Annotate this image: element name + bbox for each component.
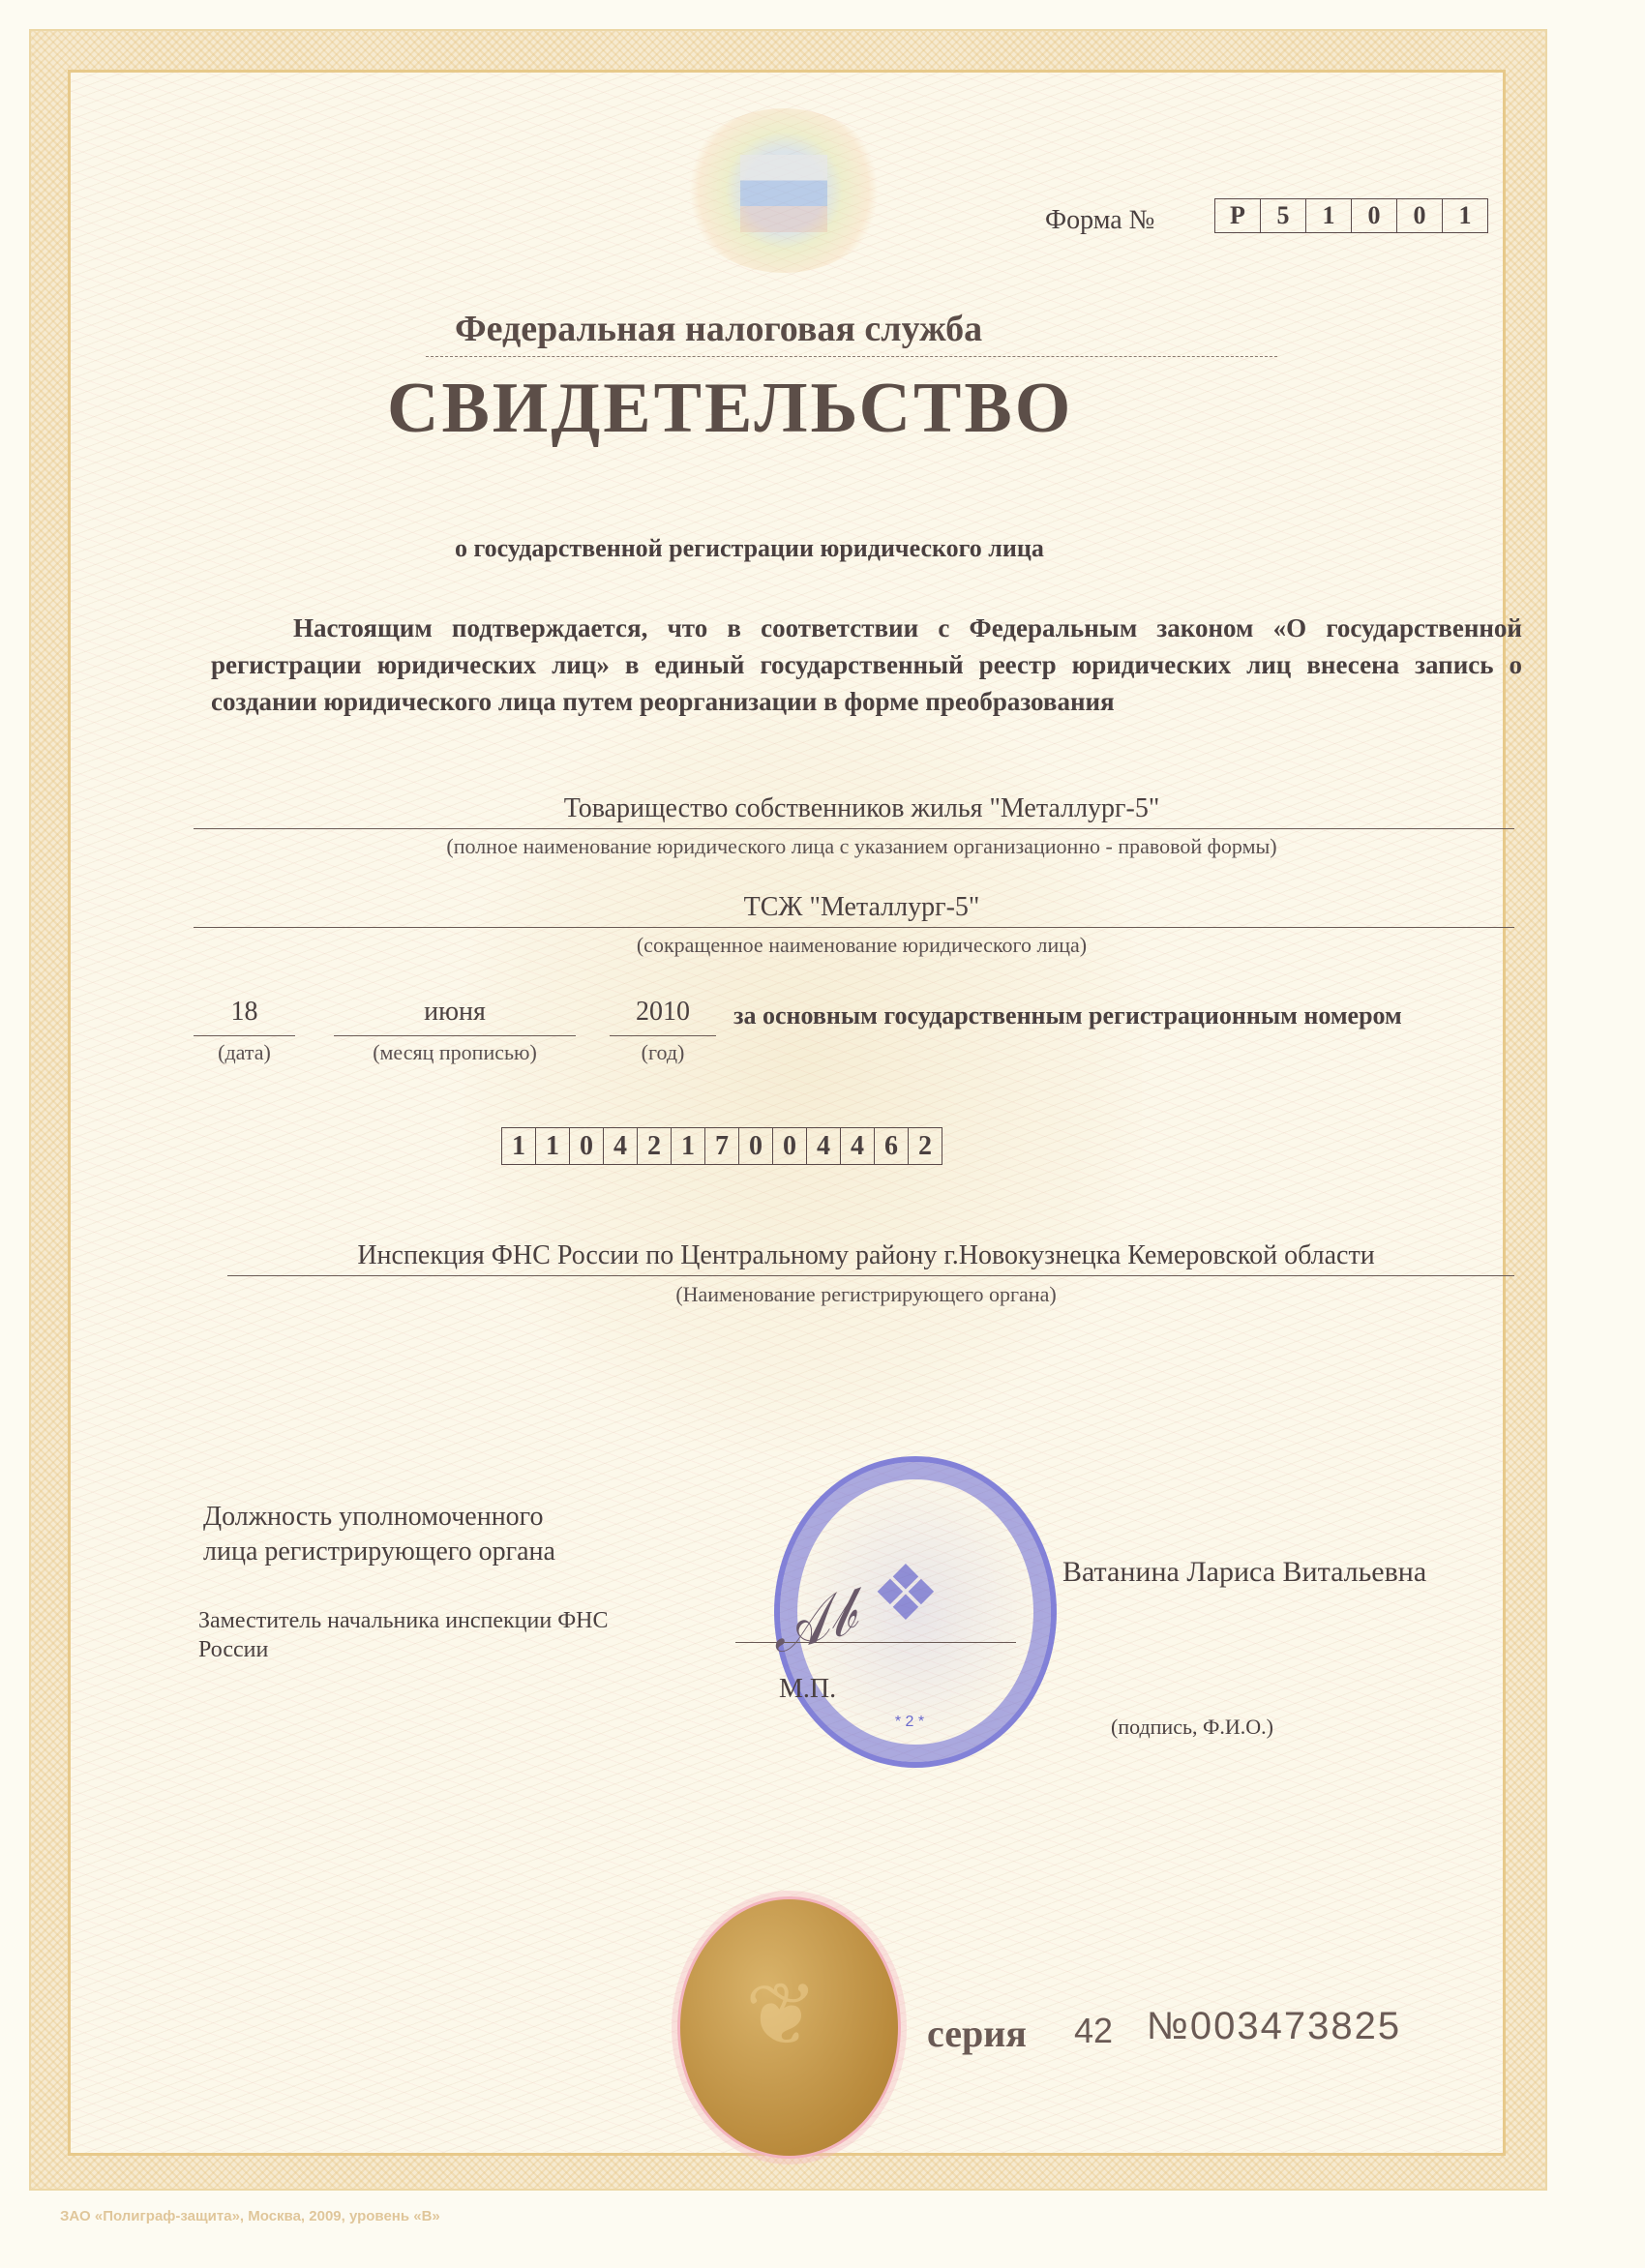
registration-day: 18 xyxy=(194,997,295,1028)
day-caption: (дата) xyxy=(194,1040,295,1065)
ogrn-boxes: 1 1 0 4 2 1 7 0 0 4 4 6 2 xyxy=(501,1127,942,1165)
registration-year: 2010 xyxy=(610,997,716,1028)
eagle-icon: ❖ xyxy=(871,1548,941,1639)
underline xyxy=(227,1275,1514,1276)
signature-caption: (подпись, Ф.И.О.) xyxy=(1111,1715,1273,1740)
divider xyxy=(426,356,1277,357)
eagle-emblem-icon: ❦ xyxy=(745,1964,818,2066)
signer-name: Ватанина Лариса Витальевна xyxy=(1062,1556,1426,1589)
confirmation-paragraph: Настоящим подтверждается, что в соответс… xyxy=(211,610,1522,720)
hologram-flag-icon xyxy=(740,155,827,232)
ogrn-digit: 2 xyxy=(909,1128,942,1164)
series-label: серия xyxy=(927,2011,1027,2056)
authority-caption: (Наименование регистрирующего органа) xyxy=(227,1282,1505,1307)
position-title-line: Заместитель начальника инспекции ФНС xyxy=(198,1606,609,1635)
ogrn-digit: 4 xyxy=(604,1128,638,1164)
agency-name: Федеральная налоговая служба xyxy=(455,308,982,350)
document-subtitle: о государственной регистрации юридическо… xyxy=(455,534,1044,563)
form-code-char: 0 xyxy=(1397,199,1443,232)
ogrn-digit: 0 xyxy=(739,1128,773,1164)
ogrn-digit: 2 xyxy=(638,1128,672,1164)
ogrn-digit: 7 xyxy=(705,1128,739,1164)
entity-short-name-caption: (сокращенное наименование юридического л… xyxy=(211,933,1512,958)
position-label: Должность уполномоченного лица регистрир… xyxy=(203,1500,555,1569)
position-title: Заместитель начальника инспекции ФНС Рос… xyxy=(198,1606,609,1664)
certificate-number: №003473825 xyxy=(1147,2005,1401,2048)
series-value: 42 xyxy=(1074,2011,1113,2051)
underline xyxy=(194,1035,295,1036)
ogrn-digit: 4 xyxy=(841,1128,875,1164)
position-label-line: Должность уполномоченного xyxy=(203,1500,555,1535)
registration-month: июня xyxy=(334,997,576,1028)
ogrn-digit: 4 xyxy=(807,1128,841,1164)
underline xyxy=(194,828,1514,829)
form-code-char: 0 xyxy=(1352,199,1397,232)
position-label-line: лица регистрирующего органа xyxy=(203,1535,555,1569)
form-number-label: Форма № xyxy=(1045,205,1154,236)
form-code-char: Р xyxy=(1215,199,1261,232)
document-title: СВИДЕТЕЛЬСТВО xyxy=(387,368,1073,450)
position-title-line: России xyxy=(198,1635,609,1664)
entity-full-name: Товарищество собственников жилья "Металл… xyxy=(211,793,1512,824)
ogrn-digit: 0 xyxy=(773,1128,807,1164)
entity-short-name: ТСЖ "Металлург-5" xyxy=(211,892,1512,923)
printer-imprint: ЗАО «Полиграф-защита», Москва, 2009, уро… xyxy=(60,2208,440,2224)
underline xyxy=(194,927,1514,928)
month-caption: (месяц прописью) xyxy=(334,1040,576,1065)
ogrn-label: за основным государственным регистрацион… xyxy=(733,1001,1402,1030)
underline xyxy=(610,1035,716,1036)
form-code-char: 5 xyxy=(1261,199,1306,232)
entity-full-name-caption: (полное наименование юридического лица с… xyxy=(211,834,1512,859)
ogrn-digit: 1 xyxy=(536,1128,570,1164)
stamp-place-label: М.П. xyxy=(779,1674,836,1705)
year-caption: (год) xyxy=(610,1040,716,1065)
ogrn-digit: 1 xyxy=(672,1128,705,1164)
underline xyxy=(334,1035,576,1036)
form-code-boxes: Р 5 1 0 0 1 xyxy=(1214,198,1488,233)
registering-authority: Инспекция ФНС России по Центральному рай… xyxy=(227,1240,1505,1271)
form-code-char: 1 xyxy=(1306,199,1352,232)
form-code-char: 1 xyxy=(1443,199,1487,232)
ogrn-digit: 1 xyxy=(502,1128,536,1164)
ogrn-digit: 6 xyxy=(875,1128,909,1164)
stamp-number: * 2 * xyxy=(842,1713,977,1732)
ogrn-digit: 0 xyxy=(570,1128,604,1164)
